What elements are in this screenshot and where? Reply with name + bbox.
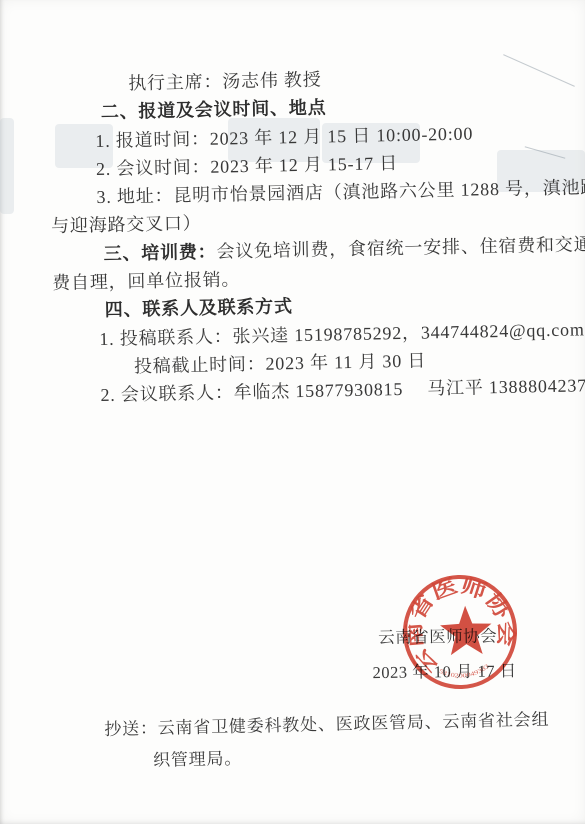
scanned-letter-page: 执行主席：汤志伟 教授二、报道及会议时间、地点1. 报道时间：2023 年 12… [0,0,585,824]
svg-text:5310200049383: 5310200049383 [437,663,492,683]
line-segment-bold: 四、联系人及联系方式 [105,297,293,321]
seal-serial-text: 5310200049383 [437,663,492,683]
line-segment: 执行主席：汤志伟 教授 [128,70,322,94]
line-segment: 1. 报道时间：2023 年 12 月 15 日 10:00-20:00 [95,123,473,151]
line-segment: 费自理，回单位报销。 [52,269,240,293]
scan-artifact [0,118,14,214]
line-segment-bold: 三、培训费： [103,241,216,263]
line-segment: 2. 会议联系人：牟临杰 15877930815 马江平 13888042378 [100,375,585,405]
document-body: 执行主席：汤志伟 教授二、报道及会议时间、地点1. 报道时间：2023 年 12… [48,61,557,411]
line-segment: 1. 投稿联系人：张兴逵 15198785292，344744824@qq.co… [99,319,585,349]
star-icon [439,605,492,656]
line-segment: 3. 地址：昆明市怡景园酒店（滇池路六公里 1288 号，滇池路 [96,177,585,207]
line-segment: 投稿截止时间：2023 年 11 月 30 日 [134,350,427,376]
cc-block: 抄送：云南省卫健委科教处、医政医管局、云南省社会组 织管理局。 [104,704,550,777]
line-segment-bold: 二、报道及会议时间、地点 [101,98,327,123]
official-seal: 云南省医师协会 5310200049383 [396,568,524,696]
line-segment: 与迎海路交叉口） [51,213,202,236]
line-segment: 2. 会议时间：2023 年 12 月 15-17 日 [96,153,398,179]
line-segment: 会议免培训费，食宿统一安排、住宿费和交通 [216,234,585,262]
